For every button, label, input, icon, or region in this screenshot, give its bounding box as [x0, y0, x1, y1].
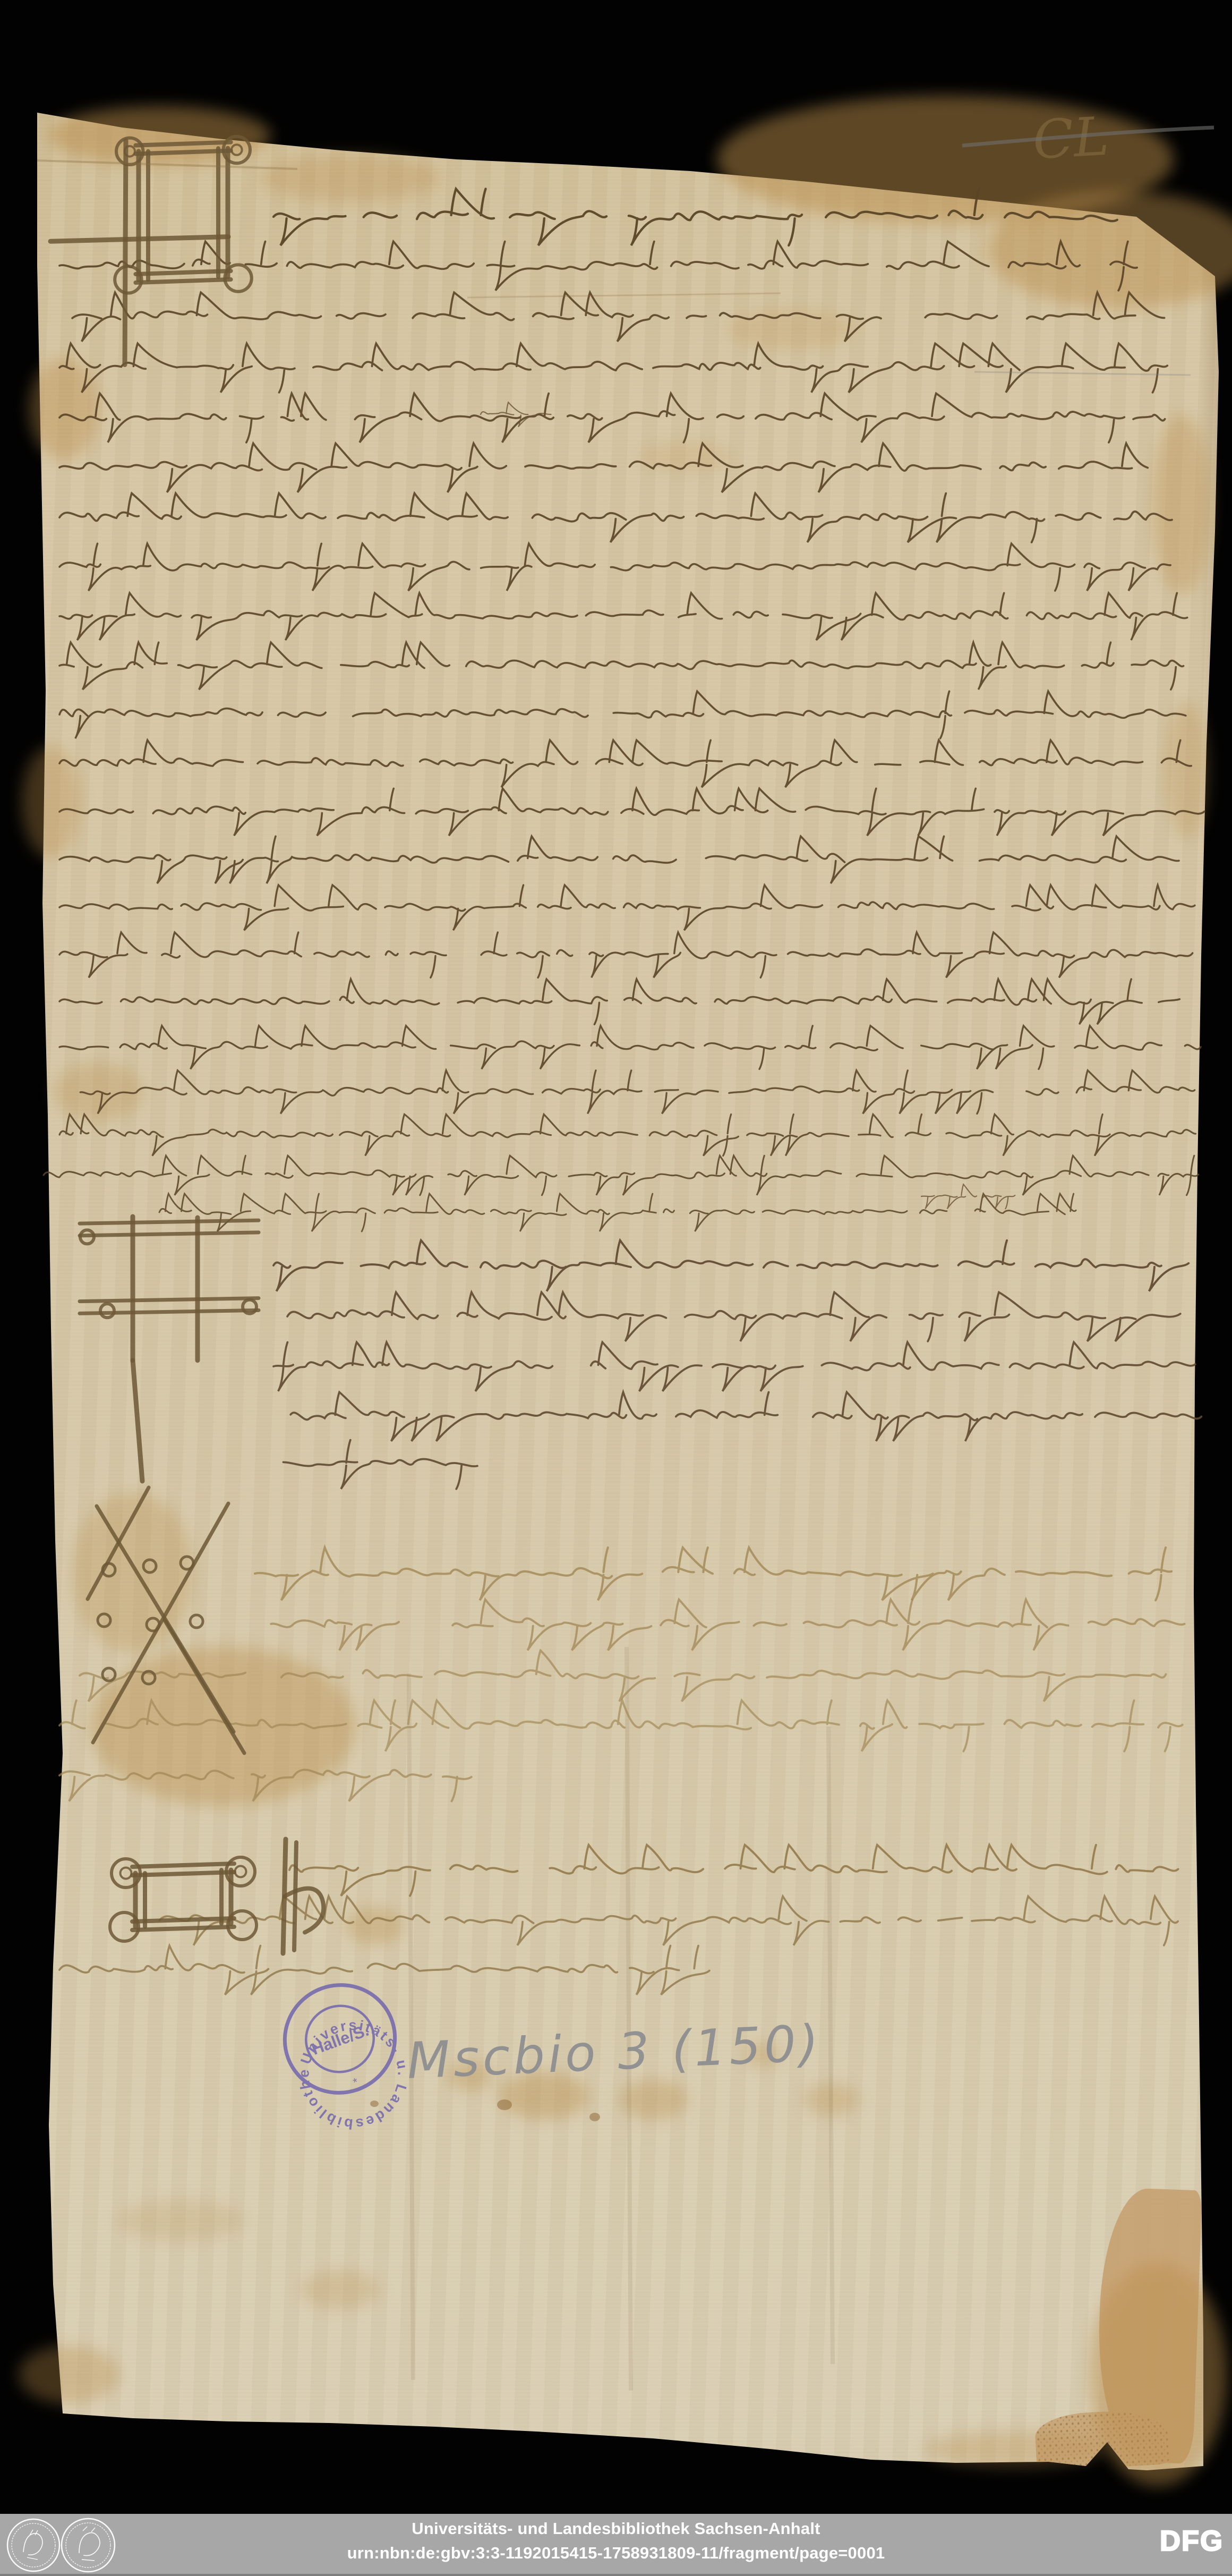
footer-urn: urn:nbn:de:gbv:3:3-1192015415-1758931809… [0, 2544, 1232, 2563]
notarial-sign-grid [80, 1217, 259, 1481]
manuscript-line [921, 1184, 1015, 1209]
manuscript-line [59, 788, 1204, 836]
manuscript-line [59, 1115, 1196, 1156]
manuscript-line [59, 642, 1184, 690]
manuscript-line [59, 979, 1195, 1024]
manuscript-line [59, 1026, 1201, 1069]
manuscript-line [80, 1070, 1195, 1114]
dfg-logo: DFG [1160, 2524, 1224, 2557]
parchment-stains [19, 96, 1232, 2486]
stamp-center-text: Halle/S. [309, 2021, 371, 2059]
manuscript-line [59, 344, 1167, 393]
pencil-shelfmark: Mscbio 3 (150) [406, 2014, 823, 2090]
manuscript-line [271, 1600, 1184, 1651]
manuscript-layer: CL Universitäts- u. Landesbibliothek * H… [0, 0, 1232, 2576]
notarial-sign-initial-tall [283, 1839, 323, 1953]
manuscript-line [59, 494, 1172, 542]
manuscript-line [59, 691, 1186, 738]
manuscript-line [289, 1845, 1178, 1896]
manuscript-line [273, 1240, 1188, 1291]
manuscript-line [59, 932, 1193, 977]
digitized-scan-page: CL Universitäts- u. Landesbibliothek * H… [0, 0, 1232, 2576]
manuscript-line [159, 1897, 1178, 1945]
manuscript-line [59, 740, 1191, 787]
manuscript-line [287, 1293, 1180, 1341]
footer-institution-title: Universitäts- und Landesbibliothek Sachs… [0, 2519, 1232, 2538]
manuscript-line [273, 1342, 1195, 1391]
manuscript-line [59, 543, 1170, 591]
manuscript-line [284, 1440, 477, 1489]
manuscript-line [59, 394, 1165, 443]
manuscript-line [59, 242, 1149, 291]
manuscript-line [159, 1194, 1076, 1231]
footer-bar: Universitäts- und Landesbibliothek Sachs… [0, 2514, 1232, 2576]
stamp-star: * [351, 2075, 360, 2089]
manuscript-line [59, 1946, 709, 1995]
manuscript-line [44, 1155, 1199, 1195]
manuscript-line [290, 1392, 1201, 1441]
manuscript-line [59, 444, 1167, 492]
manuscript-line [72, 293, 1165, 342]
manuscript-line [59, 885, 1195, 930]
manuscript-line [59, 836, 1192, 883]
manuscript-line [255, 1548, 1171, 1600]
manuscript-line [59, 593, 1187, 640]
notarial-sign-square-knot [110, 1857, 256, 1941]
